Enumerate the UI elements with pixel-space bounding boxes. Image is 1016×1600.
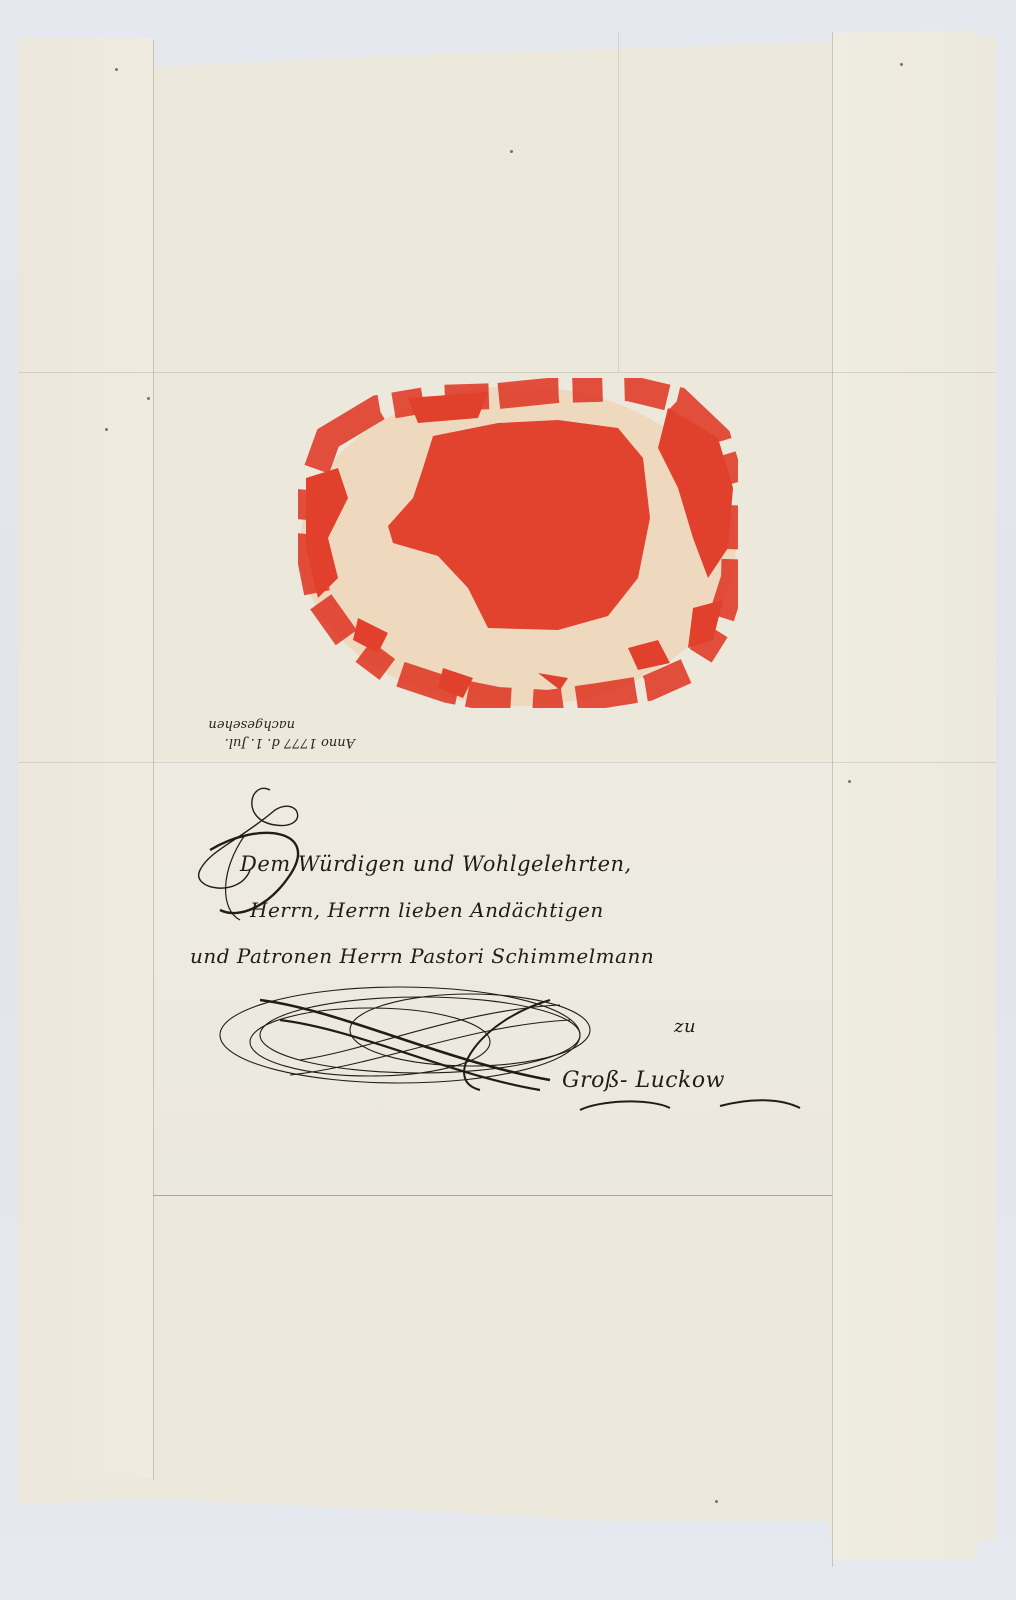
right-fold-panel — [832, 30, 977, 1560]
wax-seal — [298, 378, 738, 708]
fold-line-top-center — [618, 32, 619, 372]
address-line-4: zu — [674, 1016, 696, 1037]
fold-line-lower — [153, 1195, 832, 1196]
paper-speck — [147, 397, 150, 400]
paper-speck — [848, 780, 851, 783]
annotation-line-2: nachgesehen — [205, 715, 355, 733]
address-line-5: Groß- Luckow — [562, 1068, 725, 1093]
fold-line-upper — [18, 372, 996, 373]
paper-speck — [115, 68, 118, 71]
address-line-1: Dem Würdigen und Wohlgelehrten, — [240, 852, 632, 876]
address-line-3: und Patronen Herrn Pastori Schimmelmann — [190, 944, 654, 968]
paper-speck — [715, 1500, 718, 1503]
address-block: Dem Würdigen und Wohlgelehrten, Herrn, H… — [180, 780, 840, 1120]
paper-speck — [900, 63, 903, 66]
fold-line-middle — [18, 762, 996, 763]
annotation-line-1: Anno 1777 d. 1. Jul. — [205, 733, 355, 751]
address-line-2: Herrn, Herrn lieben Andächtigen — [250, 898, 604, 922]
fold-line-left — [153, 40, 154, 1480]
left-fold-panel — [18, 38, 153, 1478]
paper-speck — [510, 150, 513, 153]
paper-speck — [105, 428, 108, 431]
upside-down-annotation: Anno 1777 d. 1. Jul. nachgesehen — [205, 715, 355, 751]
